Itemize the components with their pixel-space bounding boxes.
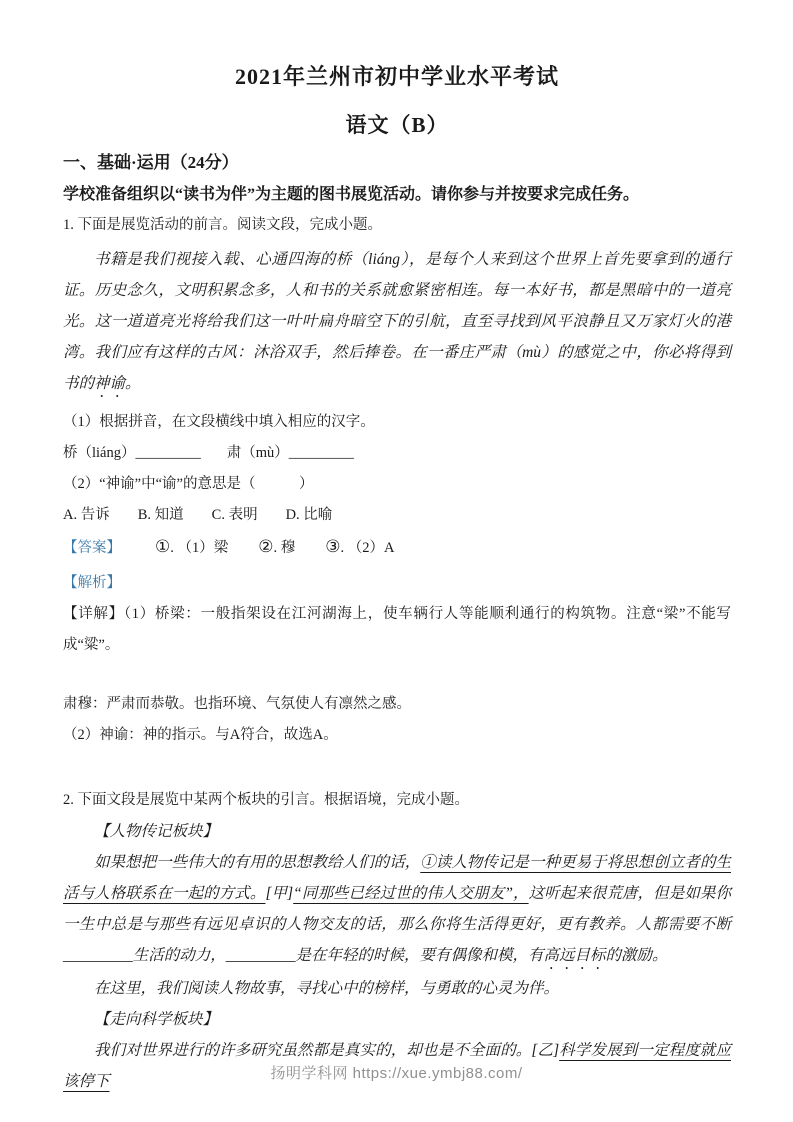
detail-paragraph-3: （2）神谕：神的指示。与A符合，故选A。 [63, 720, 731, 751]
emphasized-word-shenyu: 神谕 [94, 375, 125, 392]
sci-pre: 我们对世界进行的许多研究虽然都是真实的，却也是不全面的。 [94, 1042, 531, 1059]
circled-number-3: ③ [325, 537, 340, 556]
detail-paragraph-2: 肃穆：严肃而恭敬。也指环境、气氛使人有凛然之感。 [63, 689, 731, 720]
exam-document-page: 2021年兰州市初中学业水平考试 语文（B） 一、基础·运用（24分） 学校准备… [0, 0, 793, 1122]
question1-sub2: （2）“神谕”中“谕”的意思是（ ） [63, 469, 731, 500]
page-title: 2021年兰州市初中学业水平考试 [63, 62, 731, 92]
block-title-science: 【走向科学板块】 [63, 1004, 731, 1035]
fill-blank-su: _________ [289, 445, 354, 461]
answer-item-2-text: . 穆 [274, 540, 296, 556]
footer-watermark: 扬明学科网 https://xue.ymbj88.com/ [0, 1062, 793, 1083]
question1-options: A. 告诉B. 知道C. 表明D. 比喻 [63, 500, 731, 531]
block-title-biography: 【人物传记板块】 [63, 816, 731, 847]
bio-mid-3: 是在年轻的时候，要有偶像和模，有 [296, 947, 544, 964]
bracket-yi: [乙] [531, 1042, 559, 1059]
question1-sub1: （1）根据拼音，在文段横线中填入相应的汉字。 [63, 407, 731, 438]
answer-item-2: ②. 穆 [258, 540, 295, 556]
emphasized-word-gaoyuanmubiao: 高远目标 [544, 947, 606, 964]
bio-blank-2: _________ [226, 947, 296, 964]
answer-item-3-text: . （2）A [341, 540, 395, 556]
answer-item-1: ①. （1）梁 [155, 540, 228, 556]
question1-passage: 书籍是我们视接入载、心通四海的桥（liáng），是每个人来到这个世界上首先要拿到… [63, 244, 731, 401]
circled-number-1: ① [155, 537, 170, 556]
biography-paragraph: 如果想把一些伟大的有用的思想教给人们的话，①读人物传记是一种更易于将思想创立者的… [63, 847, 731, 973]
underlined-sentence-2: “同那些已经过世的伟人交朋友”， [293, 885, 528, 902]
question1-stem: 1. 下面是展览活动的前言。阅读文段，完成小题。 [63, 212, 731, 238]
bio-blank-1: _________ [63, 947, 133, 964]
option-c: C. 表明 [212, 507, 258, 523]
answer-label: 【答案】 [63, 540, 121, 556]
answer-line: 【答案】①. （1）梁②. 穆③. （2）A [63, 531, 731, 564]
exam-subject-subtitle: 语文（B） [63, 110, 731, 140]
section-heading: 一、基础·运用（24分） [63, 150, 731, 176]
biography-closing-sentence: 在这里，我们阅读人物故事，寻找心中的榜样，与勇敢的心灵为伴。 [63, 973, 731, 1004]
fill-label-su: 肃（mù） [227, 445, 289, 461]
bracket-jia: [甲] [265, 885, 293, 902]
detail-text-1: （1）桥梁：一般指架设在江河湖海上，使车辆行人等能顺利通行的构筑物。注意“梁”不… [63, 606, 731, 653]
fill-blank-qiao: _________ [136, 445, 201, 461]
detail-label: 【详解】 [63, 606, 124, 622]
task-intro-sentence: 学校准备组织以“读书为伴”为主题的图书展览活动。请你参与并按要求完成任务。 [63, 182, 731, 208]
fill-label-qiao: 桥（liáng） [63, 445, 136, 461]
question2-stem: 2. 下面文段是展览中某两个板块的引言。根据语境，完成小题。 [63, 785, 731, 816]
answer-item-3: ③. （2）A [325, 540, 394, 556]
detail-paragraph-1: 【详解】（1）桥梁：一般指架设在江河湖海上，使车辆行人等能顺利通行的构筑物。注意… [63, 599, 731, 661]
option-d: D. 比喻 [286, 507, 333, 523]
bio-tail: 的激励。 [606, 947, 668, 964]
passage-period: 。 [125, 375, 141, 392]
option-a: A. 告诉 [63, 507, 110, 523]
answer-item-1-text: . （1）梁 [170, 540, 228, 556]
analysis-label: 【解析】 [63, 568, 731, 599]
pinyin-fill-line: 桥（liáng）_________肃（mù）_________ [63, 438, 731, 469]
passage-text: 书籍是我们视接入载、心通四海的桥（liáng），是每个人来到这个世界上首先要拿到… [63, 251, 731, 392]
bio-mid-2: 生活的动力， [133, 947, 226, 964]
circled-number-2: ② [258, 537, 273, 556]
bio-pre: 如果想把一些伟大的有用的思想教给人们的话， [94, 854, 420, 871]
option-b: B. 知道 [138, 507, 184, 523]
